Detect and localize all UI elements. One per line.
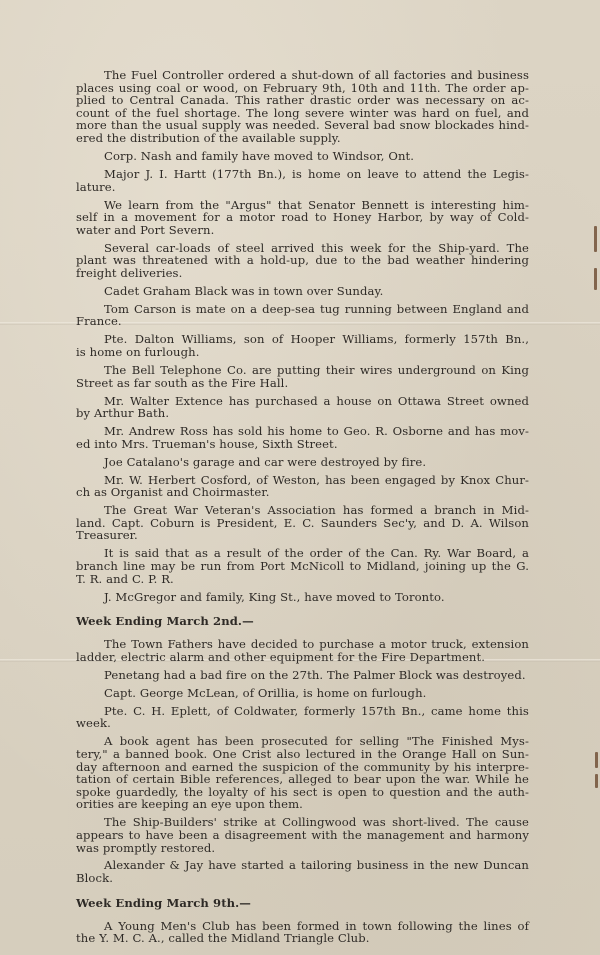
- news-item-paragraph: Mr. Walter Extence has purchased a house…: [76, 395, 529, 420]
- news-item-paragraph: Penetang had a bad fire on the 27th. The…: [76, 669, 529, 682]
- news-item-paragraph: Mr. Andrew Ross has sold his home to Geo…: [76, 425, 529, 450]
- news-item-paragraph: It is said that as a result of the order…: [76, 547, 529, 585]
- text-line: land. Capt. Coburn is President, E. C. S…: [76, 517, 529, 530]
- text-line: ered the distribution of the available s…: [76, 132, 529, 145]
- text-line: Capt. George McLean, of Orillia, is home…: [76, 687, 529, 700]
- news-item-paragraph: Cadet Graham Black was in town over Sund…: [76, 285, 529, 298]
- text-line: ladder, electric alarm and other equipme…: [76, 651, 529, 664]
- text-line: Joe Catalano's garage and car were destr…: [76, 456, 529, 469]
- news-item-paragraph: Mr. W. Herbert Cosford, of Weston, has b…: [76, 474, 529, 499]
- text-line: the Y. M. C. A., called the Midland Tria…: [76, 932, 529, 945]
- news-item-paragraph: A Young Men's Club has been formed in to…: [76, 920, 529, 945]
- text-line: Street as far south as the Fire Hall.: [76, 377, 529, 390]
- text-line: by Arthur Bath.: [76, 407, 529, 420]
- text-line: week.: [76, 717, 529, 730]
- text-line: was promptly restored.: [76, 842, 529, 855]
- news-item-paragraph: Joe Catalano's garage and car were destr…: [76, 456, 529, 469]
- news-item-paragraph: Corp. Nash and family have moved to Wind…: [76, 150, 529, 163]
- text-line: appears to have been a disagreement with…: [76, 829, 529, 842]
- text-line: The Great War Veteran's Association has …: [76, 504, 529, 517]
- edge-stain: [594, 268, 597, 290]
- text-line: freight deliveries.: [76, 267, 529, 280]
- text-line: lature.: [76, 181, 529, 194]
- edge-stain: [595, 752, 598, 768]
- text-line: plied to Central Canada. This rather dra…: [76, 94, 529, 107]
- text-line: self in a movement for a motor road to H…: [76, 211, 529, 224]
- text-line: ed into Mrs. Trueman's house, Sixth Stre…: [76, 438, 529, 451]
- news-item-paragraph: Tom Carson is mate on a deep-sea tug run…: [76, 303, 529, 328]
- edge-stain: [595, 774, 598, 788]
- news-item-paragraph: The Town Fathers have decided to purchas…: [76, 638, 529, 663]
- news-item-paragraph: Alexander & Jay have started a tailoring…: [76, 859, 529, 884]
- news-item-paragraph: Capt. George McLean, of Orillia, is home…: [76, 687, 529, 700]
- news-item-paragraph: Several car-loads of steel arrived this …: [76, 242, 529, 280]
- text-line: Major J. I. Hartt (177th Bn.), is home o…: [76, 168, 529, 181]
- text-line: Cadet Graham Black was in town over Sund…: [76, 285, 529, 298]
- text-line: water and Port Severn.: [76, 224, 529, 237]
- text-line: Alexander & Jay have started a tailoring…: [76, 859, 529, 872]
- text-line: The Bell Telephone Co. are putting their…: [76, 364, 529, 377]
- news-item-paragraph: Major J. I. Hartt (177th Bn.), is home o…: [76, 168, 529, 193]
- text-line: J. McGregor and family, King St., have m…: [76, 591, 529, 604]
- text-line: plant was threatened with a hold-up, due…: [76, 254, 529, 267]
- section-heading: Week Ending March 2nd.—: [76, 615, 529, 628]
- text-line: tation of certain Bible references, alle…: [76, 773, 529, 786]
- text-line: orities are keeping an eye upon them.: [76, 798, 529, 811]
- document-page: The Fuel Controller ordered a shut-down …: [0, 0, 600, 955]
- text-line: branch line may be run from Port McNicol…: [76, 560, 529, 573]
- text-line: France.: [76, 315, 529, 328]
- text-line: Tom Carson is mate on a deep-sea tug run…: [76, 303, 529, 316]
- text-line: tery," a banned book. One Crist also lec…: [76, 748, 529, 761]
- news-item-paragraph: The Great War Veteran's Association has …: [76, 504, 529, 542]
- section-heading: Week Ending March 9th.—: [76, 897, 529, 910]
- news-item-paragraph: The Fuel Controller ordered a shut-down …: [76, 69, 529, 145]
- news-item-paragraph: The Bell Telephone Co. are putting their…: [76, 364, 529, 389]
- text-line: ch as Organist and Choirmaster.: [76, 486, 529, 499]
- text-line: Corp. Nash and family have moved to Wind…: [76, 150, 529, 163]
- news-item-paragraph: Pte. Dalton Williams, son of Hooper Will…: [76, 333, 529, 358]
- text-line: Mr. Andrew Ross has sold his home to Geo…: [76, 425, 529, 438]
- document-body: The Fuel Controller ordered a shut-down …: [76, 69, 529, 950]
- text-line: The Fuel Controller ordered a shut-down …: [76, 69, 529, 82]
- text-line: Treasurer.: [76, 529, 529, 542]
- text-line: Pte. C. H. Eplett, of Coldwater, formerl…: [76, 705, 529, 718]
- news-item-paragraph: J. McGregor and family, King St., have m…: [76, 591, 529, 604]
- text-line: Block.: [76, 872, 529, 885]
- text-line: is home on furlough.: [76, 346, 529, 359]
- text-line: Penetang had a bad fire on the 27th. The…: [76, 669, 529, 682]
- news-item-paragraph: A book agent has been prosecuted for sel…: [76, 735, 529, 811]
- news-item-paragraph: Pte. C. H. Eplett, of Coldwater, formerl…: [76, 705, 529, 730]
- edge-stain: [594, 226, 597, 252]
- text-line: T. R. and C. P. R.: [76, 573, 529, 586]
- news-item-paragraph: The Ship-Builders' strike at Collingwood…: [76, 816, 529, 854]
- news-item-paragraph: We learn from the "Argus" that Senator B…: [76, 199, 529, 237]
- text-line: The Town Fathers have decided to purchas…: [76, 638, 529, 651]
